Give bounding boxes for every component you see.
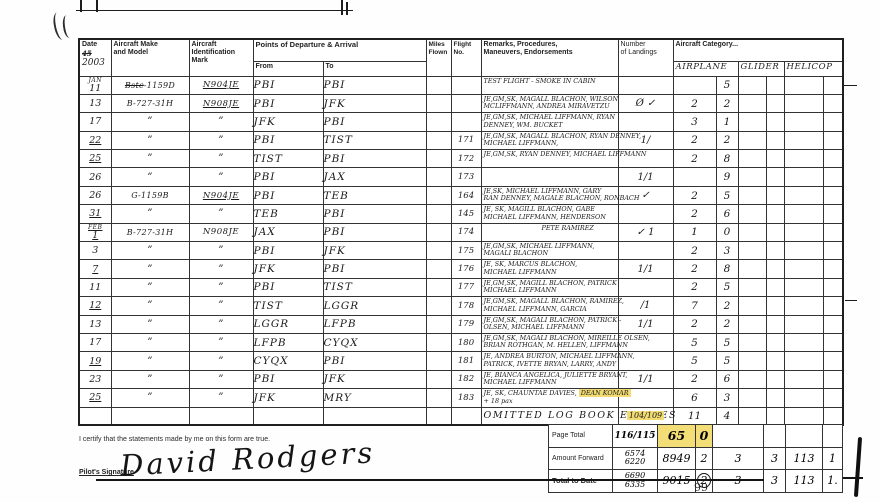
cell-glider-tenths <box>766 168 784 186</box>
table-row: OMITTED LOG BOOK ENTRIES104/109114 <box>79 407 843 425</box>
cell-airplane-tenths: 6 <box>716 205 738 223</box>
cell-remarks: JE, BIANCA ANGELICA, JULIETTE BRYANT,MIC… <box>481 370 618 388</box>
cell-remarks: PETE RAMIREZ <box>481 223 618 241</box>
cell-landings: 1/1 <box>618 315 673 333</box>
cell-flight-no <box>451 113 481 131</box>
cell-helicopter-tenths <box>823 113 843 131</box>
cell-landings <box>618 76 673 94</box>
scan-artifact-line <box>76 10 353 11</box>
table-row: 22””PBITIST171JE,GM,SK, MAGALL BLACHON, … <box>79 131 843 149</box>
pen-stroke-artifact <box>854 437 862 497</box>
cell-ident-mark: ” <box>189 352 253 370</box>
cell-glider-tenths <box>766 352 784 370</box>
cell-landings: /1 <box>618 297 673 315</box>
cell-aircraft-make: ” <box>111 389 189 407</box>
cell-aircraft-make: G-1159B <box>111 186 189 204</box>
col-header-landings: Number of Landings <box>618 39 673 76</box>
cell-helicopter-tenths <box>823 150 843 168</box>
totals-label: Page Total <box>549 425 613 448</box>
cell-from: PBI <box>253 131 323 149</box>
cell-airplane-hours: 5 <box>673 352 716 370</box>
cell-helicopter-tenths <box>823 223 843 241</box>
cell-flight-no: 183 <box>451 389 481 407</box>
cell-flight-no: 174 <box>451 223 481 241</box>
cell-ident-mark: ” <box>189 370 253 388</box>
cell-glider-hours <box>738 315 766 333</box>
cell-glider-hours <box>738 389 766 407</box>
cell-from: JFK <box>253 389 323 407</box>
table-row: 17””JFKPBIJE,GM,SK, MICHAEL LIFFMANN, RY… <box>79 113 843 131</box>
cell-airplane-hours: 2 <box>673 370 716 388</box>
cell-glider-tenths <box>766 150 784 168</box>
table-row: 23””PBIJFK182JE, BIANCA ANGELICA, JULIET… <box>79 370 843 388</box>
cell-airplane-hours: 3 <box>673 113 716 131</box>
cell-airplane-tenths: 2 <box>716 315 738 333</box>
cell-aircraft-make: B-727-31H <box>111 223 189 241</box>
cell-ident-mark: ” <box>189 315 253 333</box>
table-row: 11””PBITIST177JE,GM,SK, MAGILL BLACHON, … <box>79 278 843 296</box>
totals-helicopter-tenths: 1. <box>823 470 843 493</box>
cell-helicopter-hours <box>784 352 823 370</box>
totals-helicopter-hours <box>786 425 823 448</box>
cell-helicopter-hours <box>784 131 823 149</box>
handwritten-year: 2003 <box>82 58 105 68</box>
cell-ident-mark: ” <box>189 131 253 149</box>
cell-remarks: JE, SK, MARCUS BLACHON,MICHAEL LIFFMANN <box>481 260 618 278</box>
cell-aircraft-make: ” <box>111 168 189 186</box>
cell-ident-mark: ” <box>189 150 253 168</box>
cell-to: TIST <box>323 278 426 296</box>
cell-remarks: OMITTED LOG BOOK ENTRIES <box>481 407 618 425</box>
totals-glider-tenths <box>764 425 786 448</box>
cell-glider-hours <box>738 186 766 204</box>
cell-airplane-hours: 2 <box>673 242 716 260</box>
cell-to: PBI <box>323 223 426 241</box>
cell-flight-no: 145 <box>451 205 481 223</box>
cell-ident-mark: N908JE <box>189 223 253 241</box>
totals-helicopter-tenths <box>823 425 843 448</box>
cell-glider-tenths <box>766 94 784 112</box>
cell-glider-tenths <box>766 315 784 333</box>
cell-miles-flown <box>426 352 451 370</box>
totals-fraction: 65746220 <box>613 447 658 470</box>
totals-airplane-tenths: 2 <box>696 447 713 470</box>
cell-date: 13 <box>79 315 111 333</box>
cell-miles-flown <box>426 297 451 315</box>
table-row: FEB1B-727-31HN908JEJAXPBI174PETE RAMIREZ… <box>79 223 843 241</box>
cell-ident-mark <box>189 407 253 425</box>
cell-glider-hours <box>738 407 766 425</box>
cell-airplane-tenths: 5 <box>716 352 738 370</box>
cell-aircraft-make: ” <box>111 113 189 131</box>
cell-flight-no: 182 <box>451 370 481 388</box>
cell-airplane-tenths: 5 <box>716 278 738 296</box>
cell-to: PBI <box>323 150 426 168</box>
cell-aircraft-make: ” <box>111 297 189 315</box>
cell-to: JFK <box>323 94 426 112</box>
cell-helicopter-hours <box>784 315 823 333</box>
cell-helicopter-hours <box>784 150 823 168</box>
col-header-to: To <box>323 61 426 76</box>
table-row: 13””LGGRLFPB179JE,GM,SK, MAGALI BLACHON,… <box>79 315 843 333</box>
cell-aircraft-make: ” <box>111 131 189 149</box>
totals-glider-tenths: 3 <box>764 470 786 493</box>
cell-remarks: JE,GM,SK, MICHAEL LIFFMANN,MAGALI BLACHO… <box>481 242 618 260</box>
cell-date: 17 <box>79 113 111 131</box>
cell-to: PBI <box>323 76 426 94</box>
table-row: 25””JFKMRY183JE, SK, CHAUNTAE DAVIES, DE… <box>79 389 843 407</box>
cell-miles-flown <box>426 315 451 333</box>
cell-helicopter-tenths <box>823 260 843 278</box>
cell-flight-no: 173 <box>451 168 481 186</box>
cell-to: PBI <box>323 205 426 223</box>
cell-miles-flown <box>426 186 451 204</box>
cell-airplane-hours: 11 <box>673 407 716 425</box>
cell-to: PBI <box>323 352 426 370</box>
totals-label: Total to Date <box>549 470 613 493</box>
table-row: 7””JFKPBI176JE, SK, MARCUS BLACHON,MICHA… <box>79 260 843 278</box>
table-row: 26G-1159BN904JEPBITEB164JE,SK, MICHAEL L… <box>79 186 843 204</box>
totals-helicopter-hours: 113 <box>786 470 823 493</box>
table-row: 19””CYQXPBI181JE, ANDREA BURTON, MICHAEL… <box>79 352 843 370</box>
page-number: 99 <box>694 481 708 494</box>
cell-date: 31 <box>79 205 111 223</box>
cell-glider-tenths <box>766 370 784 388</box>
cell-date: 25 <box>79 150 111 168</box>
cell-glider-hours <box>738 113 766 131</box>
cell-airplane-tenths: 1 <box>716 113 738 131</box>
col-header-date: Date 45 2003 <box>79 39 111 76</box>
cell-from: PBI <box>253 76 323 94</box>
cell-from: JFK <box>253 260 323 278</box>
cell-helicopter-tenths <box>823 370 843 388</box>
cell-landings <box>618 278 673 296</box>
cell-to: JFK <box>323 242 426 260</box>
cell-to: CYQX <box>323 333 426 351</box>
cell-miles-flown <box>426 150 451 168</box>
cell-glider-tenths <box>766 113 784 131</box>
cell-landings: ✓ 1 <box>618 223 673 241</box>
cell-glider-hours <box>738 150 766 168</box>
cell-miles-flown <box>426 76 451 94</box>
cell-aircraft-make: ” <box>111 205 189 223</box>
cell-airplane-hours: 1 <box>673 223 716 241</box>
cell-helicopter-tenths <box>823 333 843 351</box>
cell-flight-no: 180 <box>451 333 481 351</box>
cell-aircraft-make: ” <box>111 333 189 351</box>
cell-ident-mark: N904JE <box>189 186 253 204</box>
cell-remarks: JE,GM,SK, MAGALL BLACHON, WILSONMCLIFFMA… <box>481 94 618 112</box>
cell-flight-no: 171 <box>451 131 481 149</box>
col-header-ident: Aircraft Identification Mark <box>189 39 253 76</box>
cell-glider-hours <box>738 242 766 260</box>
totals-helicopter-hours: 113 <box>786 447 823 470</box>
cell-aircraft-make: B-727-31H <box>111 94 189 112</box>
cell-flight-no: 175 <box>451 242 481 260</box>
table-row: JAN11Bstc-1159DN904JEPBIPBITEST FLIGHT -… <box>79 76 843 94</box>
cell-from: LFPB <box>253 333 323 351</box>
cell-from: LGGR <box>253 315 323 333</box>
cell-airplane-tenths: 0 <box>716 223 738 241</box>
cell-glider-tenths <box>766 186 784 204</box>
cell-helicopter-tenths <box>823 352 843 370</box>
cell-airplane-hours: 2 <box>673 205 716 223</box>
cell-aircraft-make: ” <box>111 278 189 296</box>
cell-helicopter-tenths <box>823 315 843 333</box>
cell-from: PBI <box>253 242 323 260</box>
cell-airplane-hours: 5 <box>673 333 716 351</box>
cell-aircraft-make: ” <box>111 242 189 260</box>
totals-airplane-hours: 65 <box>658 425 696 448</box>
cell-date: 25 <box>79 389 111 407</box>
cell-ident-mark: ” <box>189 389 253 407</box>
cell-from: PBI <box>253 94 323 112</box>
cell-miles-flown <box>426 205 451 223</box>
cell-from: TIST <box>253 297 323 315</box>
cell-miles-flown <box>426 223 451 241</box>
cell-helicopter-tenths <box>823 94 843 112</box>
cell-airplane-hours: 2 <box>673 260 716 278</box>
cell-airplane-tenths: 9 <box>716 168 738 186</box>
totals-helicopter-tenths: 1 <box>823 447 843 470</box>
col-header-from: From <box>253 61 323 76</box>
totals-fraction: 66906335 <box>613 470 658 493</box>
cell-glider-hours <box>738 278 766 296</box>
cell-date: 23 <box>79 370 111 388</box>
cell-helicopter-hours <box>784 76 823 94</box>
cell-glider-hours <box>738 76 766 94</box>
scan-artifact-mark <box>845 300 857 301</box>
cell-from: TEB <box>253 205 323 223</box>
cell-helicopter-tenths <box>823 278 843 296</box>
cell-miles-flown <box>426 370 451 388</box>
cell-from: PBI <box>253 278 323 296</box>
cell-from: TIST <box>253 150 323 168</box>
totals-glider-hours <box>713 425 764 448</box>
cell-ident-mark: ” <box>189 278 253 296</box>
logbook-table: Date 45 2003 Aircraft Make and Model Air… <box>78 38 844 426</box>
totals-row: Page Total116/115650 <box>549 425 843 448</box>
cell-date: FEB1 <box>79 223 111 241</box>
cell-glider-hours <box>738 297 766 315</box>
cell-to: TEB <box>323 186 426 204</box>
cell-airplane-tenths: 5 <box>716 333 738 351</box>
cell-date: 26 <box>79 168 111 186</box>
col-header-category: Aircraft Category... <box>673 39 843 61</box>
cell-date: 13 <box>79 94 111 112</box>
cell-remarks: JE,GM,SK, MICHAEL LIFFMANN, RYANDENNEY, … <box>481 113 618 131</box>
totals-row: Amount Forward6574622089492331131 <box>549 447 843 470</box>
col-header-remarks: Remarks, Procedures, Maneuvers, Endorsem… <box>481 39 618 76</box>
cell-helicopter-hours <box>784 297 823 315</box>
cell-date: 19 <box>79 352 111 370</box>
cell-airplane-tenths: 2 <box>716 94 738 112</box>
cell-remarks: JE,GM,SK, MAGILL BLACHON, PATRICKMICHAEL… <box>481 278 618 296</box>
table-row: 13B-727-31HN908JEPBIJFKJE,GM,SK, MAGALL … <box>79 94 843 112</box>
cell-landings <box>618 242 673 260</box>
cell-airplane-hours: 2 <box>673 315 716 333</box>
cell-helicopter-tenths <box>823 186 843 204</box>
totals-glider-hours: 3 <box>713 447 764 470</box>
totals-airplane-hours: 9015 <box>658 470 696 493</box>
cell-flight-no: 178 <box>451 297 481 315</box>
cell-airplane-tenths: 2 <box>716 131 738 149</box>
cell-to: JAX <box>323 168 426 186</box>
cell-glider-tenths <box>766 76 784 94</box>
cell-date: 7 <box>79 260 111 278</box>
cell-to: LFPB <box>323 315 426 333</box>
cell-glider-tenths <box>766 205 784 223</box>
cell-flight-no: 176 <box>451 260 481 278</box>
cell-date: 3 <box>79 242 111 260</box>
cell-ident-mark: N908JE <box>189 94 253 112</box>
cell-glider-tenths <box>766 389 784 407</box>
cell-remarks: JE,GM,SK, RYAN DENNEY, MICHAEL LIFFMANN <box>481 150 618 168</box>
cell-date: JAN11 <box>79 76 111 94</box>
table-row: 26””PBIJAX1731/19 <box>79 168 843 186</box>
scan-artifact-tick <box>80 0 82 12</box>
cell-miles-flown <box>426 131 451 149</box>
cell-to: PBI <box>323 113 426 131</box>
cell-from: PBI <box>253 168 323 186</box>
col-header-make: Aircraft Make and Model <box>111 39 189 76</box>
table-row: 12””TISTLGGR178JE,GM,SK, MAGALL BLACHON,… <box>79 297 843 315</box>
cell-landings: 1/1 <box>618 168 673 186</box>
logbook-page: Date 45 2003 Aircraft Make and Model Air… <box>0 0 880 502</box>
cell-date: 11 <box>79 278 111 296</box>
cell-airplane-tenths: 2 <box>716 297 738 315</box>
cell-from: PBI <box>253 186 323 204</box>
cell-aircraft-make: Bstc-1159D <box>111 76 189 94</box>
cell-flight-no: 172 <box>451 150 481 168</box>
cell-airplane-tenths: 3 <box>716 242 738 260</box>
cell-remarks: JE, SK, MAGILL BLACHON, GABEMICHAEL LIFF… <box>481 205 618 223</box>
cell-remarks: JE,SK, MICHAEL LIFFMANN, GARYRAN DENNEY,… <box>481 186 618 204</box>
cat-sub-glider: GLIDER <box>738 61 784 76</box>
signature-line-end <box>843 477 863 479</box>
cat-sub-airplane: AIRPLANE <box>673 61 738 76</box>
cell-to <box>323 407 426 425</box>
cell-helicopter-hours <box>784 205 823 223</box>
cell-helicopter-tenths <box>823 242 843 260</box>
cell-ident-mark: N904JE <box>189 76 253 94</box>
cell-from: JFK <box>253 113 323 131</box>
cell-flight-no: 179 <box>451 315 481 333</box>
cell-remarks: TEST FLIGHT - SMOKE IN CABIN <box>481 76 618 94</box>
cell-date: 17 <box>79 333 111 351</box>
cell-airplane-tenths: 5 <box>716 76 738 94</box>
table-row: 31””TEBPBI145JE, SK, MAGILL BLACHON, GAB… <box>79 205 843 223</box>
cell-to: PBI <box>323 260 426 278</box>
cell-glider-tenths <box>766 242 784 260</box>
cell-aircraft-make: ” <box>111 260 189 278</box>
cell-aircraft-make: ” <box>111 315 189 333</box>
totals-glider-hours: 3 <box>713 470 764 493</box>
cell-glider-hours <box>738 168 766 186</box>
date-label: Date <box>82 41 97 48</box>
cell-miles-flown <box>426 113 451 131</box>
cell-miles-flown <box>426 389 451 407</box>
cell-airplane-tenths: 8 <box>716 150 738 168</box>
cell-to: LGGR <box>323 297 426 315</box>
highlighted-name: DEAN KOMAR <box>579 389 631 397</box>
table-row: 3””PBIJFK175JE,GM,SK, MICHAEL LIFFMANN,M… <box>79 242 843 260</box>
cell-airplane-tenths: 6 <box>716 370 738 388</box>
cell-miles-flown <box>426 94 451 112</box>
cell-helicopter-hours <box>784 168 823 186</box>
cell-from <box>253 407 323 425</box>
cell-glider-hours <box>738 352 766 370</box>
cell-landings <box>618 205 673 223</box>
cell-miles-flown <box>426 333 451 351</box>
cell-airplane-hours: 2 <box>673 186 716 204</box>
cell-landings <box>618 113 673 131</box>
cell-miles-flown <box>426 242 451 260</box>
table-row: 17””LFPBCYQX180JE,GM,SK, MAGALI BLACHON,… <box>79 333 843 351</box>
cell-glider-hours <box>738 223 766 241</box>
cell-aircraft-make: ” <box>111 370 189 388</box>
cell-airplane-hours: 6 <box>673 389 716 407</box>
cell-landings: 1/1 <box>618 260 673 278</box>
cell-date: 12 <box>79 297 111 315</box>
cell-glider-hours <box>738 131 766 149</box>
cell-miles-flown <box>426 168 451 186</box>
signature-line <box>96 479 764 481</box>
cell-ident-mark: ” <box>189 113 253 131</box>
cell-helicopter-hours <box>784 278 823 296</box>
cell-ident-mark: ” <box>189 205 253 223</box>
cell-landings: Ø ✓ <box>618 94 673 112</box>
cell-airplane-hours: 2 <box>673 94 716 112</box>
cell-ident-mark: ” <box>189 168 253 186</box>
cell-remarks: JE,GM,SK, MAGALL BLACHON, RYAN DENNEY,MI… <box>481 131 618 149</box>
cell-helicopter-hours <box>784 407 823 425</box>
cell-aircraft-make: ” <box>111 352 189 370</box>
cell-helicopter-hours <box>784 370 823 388</box>
cat-sub-helicopter: HELICOP <box>784 61 843 76</box>
cell-helicopter-hours <box>784 389 823 407</box>
cell-to: TIST <box>323 131 426 149</box>
cell-helicopter-hours <box>784 113 823 131</box>
cell-from: PBI <box>253 370 323 388</box>
cell-airplane-tenths: 3 <box>716 389 738 407</box>
cell-remarks: JE,GM,SK, MAGALI BLACHON, MIREILLE OLSEN… <box>481 333 618 351</box>
cell-remarks: JE,GM,SK, MAGALI BLACHON, PATRICK -OLSEN… <box>481 315 618 333</box>
cell-date <box>79 407 111 425</box>
col-header-miles: Miles Flown <box>426 39 451 76</box>
cell-glider-hours <box>738 370 766 388</box>
cell-to: JFK <box>323 370 426 388</box>
cell-helicopter-tenths <box>823 168 843 186</box>
cell-airplane-tenths: 4 <box>716 407 738 425</box>
cell-helicopter-tenths <box>823 297 843 315</box>
cell-from: CYQX <box>253 352 323 370</box>
cell-glider-tenths <box>766 333 784 351</box>
cell-date: 26 <box>79 186 111 204</box>
cell-airplane-hours: 2 <box>673 278 716 296</box>
cell-glider-tenths <box>766 131 784 149</box>
scan-artifact-mark <box>843 85 857 86</box>
cell-helicopter-hours <box>784 260 823 278</box>
cell-glider-hours <box>738 94 766 112</box>
cell-airplane-tenths: 8 <box>716 260 738 278</box>
cell-helicopter-hours <box>784 242 823 260</box>
scan-artifact-tick <box>96 0 98 12</box>
cell-glider-hours <box>738 205 766 223</box>
col-header-flight: Flight No. <box>451 39 481 76</box>
cell-aircraft-make <box>111 407 189 425</box>
cell-glider-tenths <box>766 223 784 241</box>
